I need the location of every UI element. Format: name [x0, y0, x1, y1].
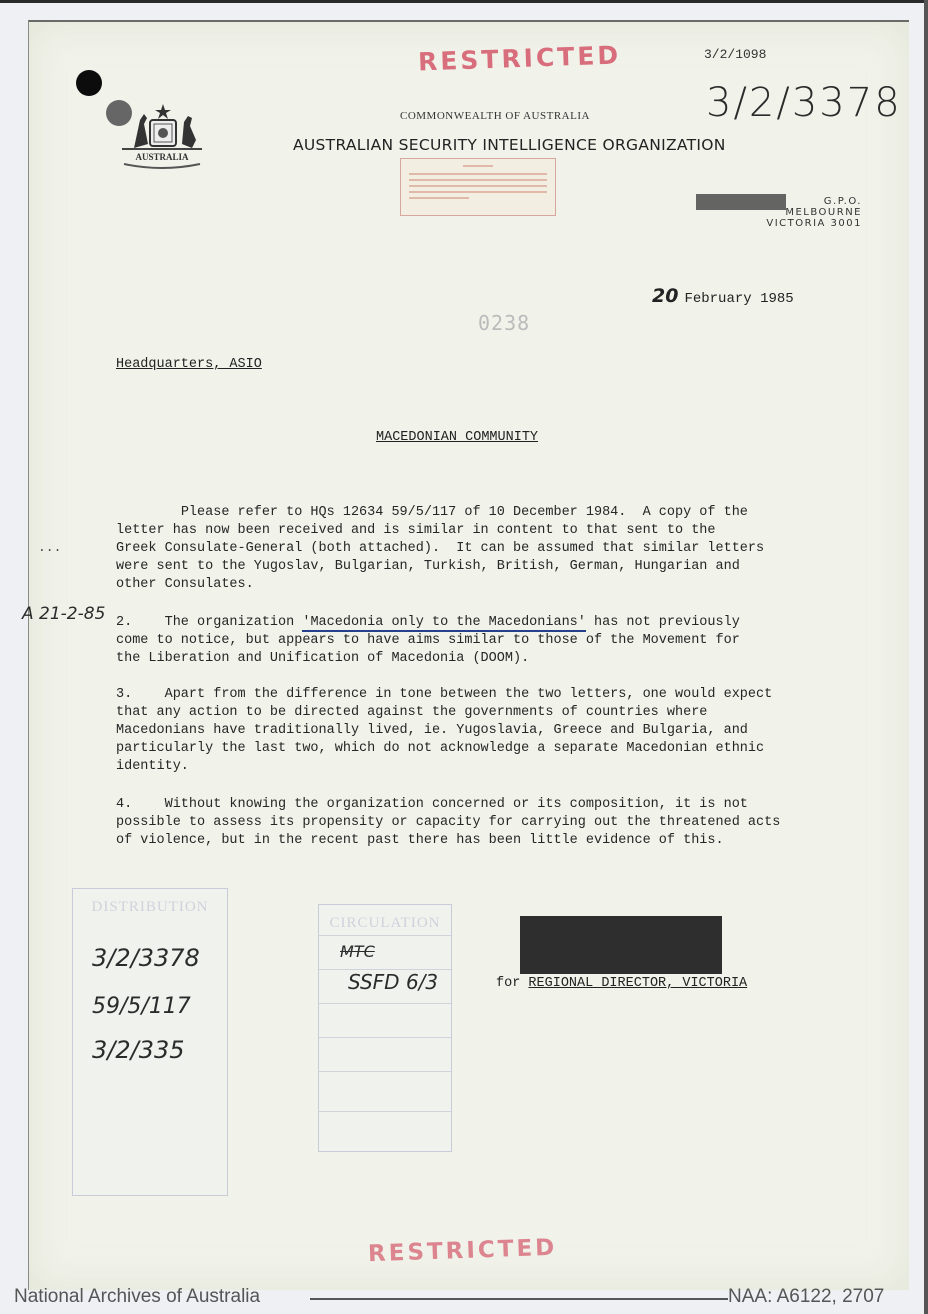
archive-name: National Archives of Australia	[14, 1286, 260, 1308]
distribution-title: DISTRIBUTION	[73, 899, 227, 916]
address-line: VICTORIA 3001	[752, 218, 862, 229]
header-commonwealth: COMMONWEALTH OF AUSTRALIA	[400, 110, 590, 122]
address-line: MELBOURNE	[752, 207, 862, 218]
circulation-box: CIRCULATION	[318, 904, 452, 1152]
scan-frame-right	[924, 0, 928, 1314]
file-reference-typed: 3/2/1098	[704, 47, 766, 62]
footer-divider	[310, 1298, 728, 1300]
circulation-title: CIRCULATION	[319, 915, 451, 932]
subject-heading: MACEDONIAN COMMUNITY	[376, 430, 538, 445]
file-reference-handwritten: 3/2/3378	[706, 80, 902, 126]
paragraph-2-start: 2. The organization	[116, 615, 302, 630]
scan-frame-top	[0, 0, 928, 3]
signoff-prefix: for	[496, 976, 520, 991]
margin-dots: ...	[38, 540, 61, 555]
access-notice-stamp	[400, 158, 556, 216]
circulation-entry: SSFD 6/3	[348, 970, 438, 994]
redaction-signature	[520, 916, 722, 974]
header-organization: AUSTRALIAN SECURITY INTELLIGENCE ORGANIZ…	[293, 136, 726, 154]
folio-number-stamp: 0238	[478, 311, 530, 335]
letter-date: 20February 1985	[652, 285, 794, 307]
coat-of-arms-icon: AUSTRALIA	[114, 100, 210, 170]
date-day-handwritten: 20	[652, 285, 678, 307]
paragraph-4: 4. Without knowing the organization conc…	[116, 796, 851, 850]
address-line: G.P.O.	[752, 196, 862, 207]
distribution-entry: 3/2/335	[92, 1036, 185, 1064]
signoff: for REGIONAL DIRECTOR, VICTORIA	[496, 976, 747, 991]
circulation-entry-struck: MTC	[340, 942, 375, 961]
margin-annotation-handwritten: A 21-2-85	[22, 604, 105, 624]
signoff-title: REGIONAL DIRECTOR, VICTORIA	[528, 976, 747, 991]
svg-text:AUSTRALIA: AUSTRALIA	[135, 152, 189, 162]
punch-hole	[76, 70, 102, 96]
date-month-year: February 1985	[684, 291, 793, 307]
paragraph-3: 3. Apart from the difference in tone bet…	[116, 686, 851, 776]
highlighted-organization-name: 'Macedonia only to the Macedonians'	[302, 615, 586, 632]
paragraph-2: 2. The organization 'Macedonia only to t…	[116, 614, 851, 668]
distribution-entry: 59/5/117	[92, 994, 191, 1019]
item-reference: NAA: A6122, 2707	[728, 1286, 884, 1308]
paragraph-1: Please refer to HQs 12634 59/5/117 of 10…	[116, 504, 851, 594]
postal-address: G.P.O. MELBOURNE VICTORIA 3001	[752, 196, 862, 229]
addressee: Headquarters, ASIO	[116, 357, 262, 372]
distribution-entry: 3/2/3378	[92, 944, 200, 972]
